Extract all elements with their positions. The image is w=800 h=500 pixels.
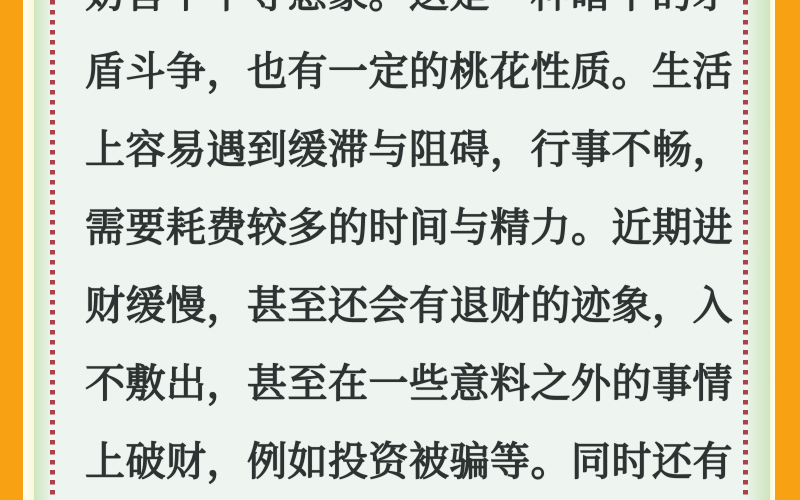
text-line: 不敷出，甚至在一些意料之外的事情	[85, 345, 755, 423]
left-cream-stripe	[23, 0, 34, 500]
text-line: 上容易遇到缓滞与阻碍，行事不畅，	[85, 111, 755, 189]
body-text: 妨害不平等意象。这是一种暗中的矛 盾斗争，也有一定的桃花性质。生活 上容易遇到缓…	[85, 0, 755, 500]
text-line: 需要耗费较多的时间与精力。近期进	[85, 189, 755, 267]
text-card: 妨害不平等意象。这是一种暗中的矛 盾斗争，也有一定的桃花性质。生活 上容易遇到缓…	[0, 0, 800, 500]
right-orange-border	[775, 0, 800, 500]
text-line: 财缓慢，甚至还会有退财的迹象，入	[85, 267, 755, 345]
left-green-stripe	[34, 0, 50, 500]
left-orange-border	[0, 0, 23, 500]
text-line-partial: 妨害不平等意象。这是一种暗中的矛	[85, 0, 755, 33]
text-line: 上破财，例如投资被骗等。同时还有	[85, 423, 755, 500]
left-dotted-border	[50, 0, 55, 500]
text-line: 盾斗争，也有一定的桃花性质。生活	[85, 33, 755, 111]
